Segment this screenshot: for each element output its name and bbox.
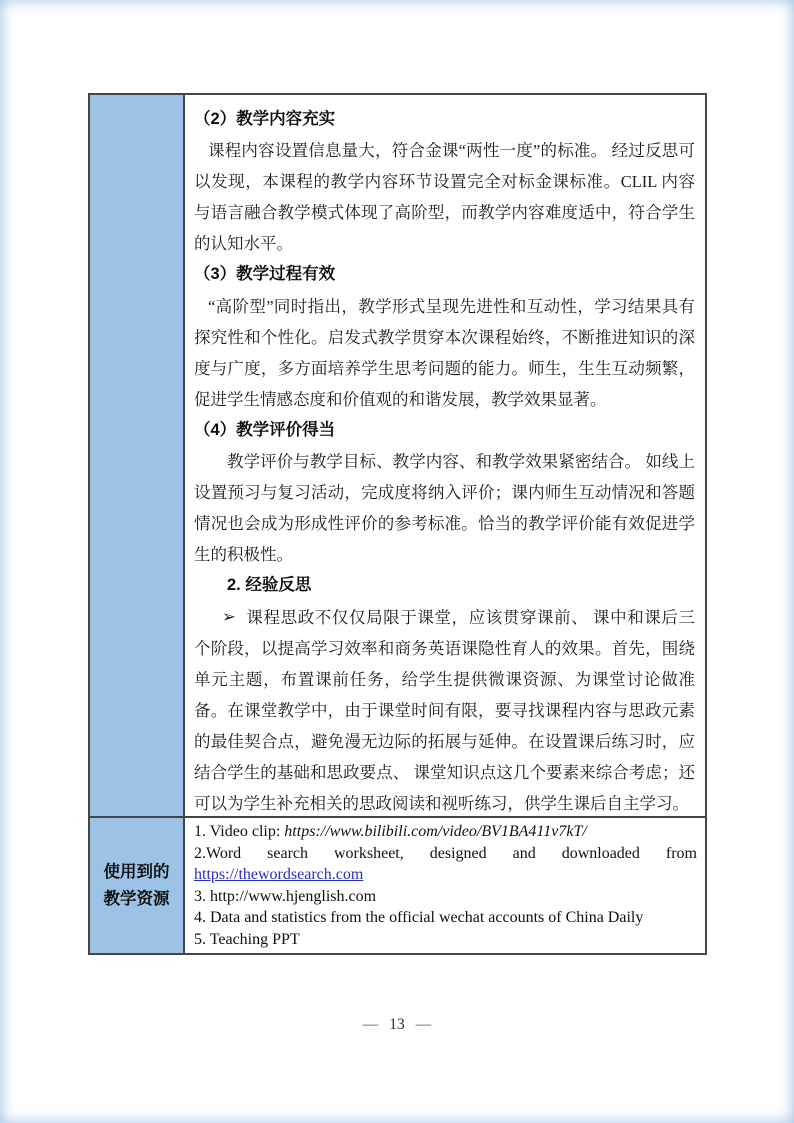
experience-heading: 2. 经验反思 [194,570,695,601]
page-number-value: 13 [389,1016,405,1033]
experience-bullet-text: 课程思政不仅仅局限于课堂，应该贯穿课前、 课中和课后三个阶段，以提高学习效率和商… [194,608,695,814]
experience-bullet-item: ➢课程思政不仅仅局限于课堂，应该贯穿课前、 课中和课后三个阶段，以提高学习效率和… [194,602,695,820]
footer-dash-left: — [363,1016,379,1034]
resources-label-line2: 教学资源 [104,886,170,913]
section-body-3: “高阶型”同时指出，教学形式呈现先进性和互动性，学习结果具有探究性和个性化。启发… [194,291,695,415]
document-page: （2）教学内容充实 课程内容设置信息量大，符合金课“两性一度”的标准。 经过反思… [0,0,794,1123]
section-heading-3: （3）教学过程有效 [194,259,695,290]
resource-item1-url: https://www.bilibili.com/video/BV1BA411v… [284,823,586,840]
page-number: —13— [0,1016,794,1034]
section-body-4: 教学评价与教学目标、教学内容、和教学效果紧密结合。 如线上设置预习与复习活动，完… [194,446,695,570]
resources-label-cell: 使用到的 教学资源 [90,818,185,953]
resource-item1-prefix: 1. Video clip: [194,823,284,840]
resource-item-ppt: 5. Teaching PPT [194,929,697,951]
resource-item-chinadaily: 4. Data and statistics from the official… [194,907,697,929]
section-heading-2: （2）教学内容充实 [194,104,695,135]
section-heading-4: （4）教学评价得当 [194,415,695,446]
resources-list-cell: 1. Video clip: https://www.bilibili.com/… [185,818,705,953]
wordsearch-link[interactable]: https://thewordsearch.com [194,866,363,883]
resources-label-line1: 使用到的 [104,859,170,886]
table-row1-label-cell [90,95,185,818]
resource-item-worksheet: 2.Word search worksheet, designed and do… [194,843,697,865]
arrow-bullet-icon: ➢ [208,601,236,632]
section-body-2: 课程内容设置信息量大，符合金课“两性一度”的标准。 经过反思可以发现，本课程的教… [194,135,695,259]
resource-item-video: 1. Video clip: https://www.bilibili.com/… [194,821,697,843]
resource-item-hjenglish: 3. http://www.hjenglish.com [194,886,697,908]
reflection-content-cell: （2）教学内容充实 课程内容设置信息量大，符合金课“两性一度”的标准。 经过反思… [185,95,705,818]
reflection-table: （2）教学内容充实 课程内容设置信息量大，符合金课“两性一度”的标准。 经过反思… [88,93,707,955]
footer-dash-right: — [416,1016,432,1034]
resource-item-worksheet-link-row: https://thewordsearch.com [194,864,697,886]
